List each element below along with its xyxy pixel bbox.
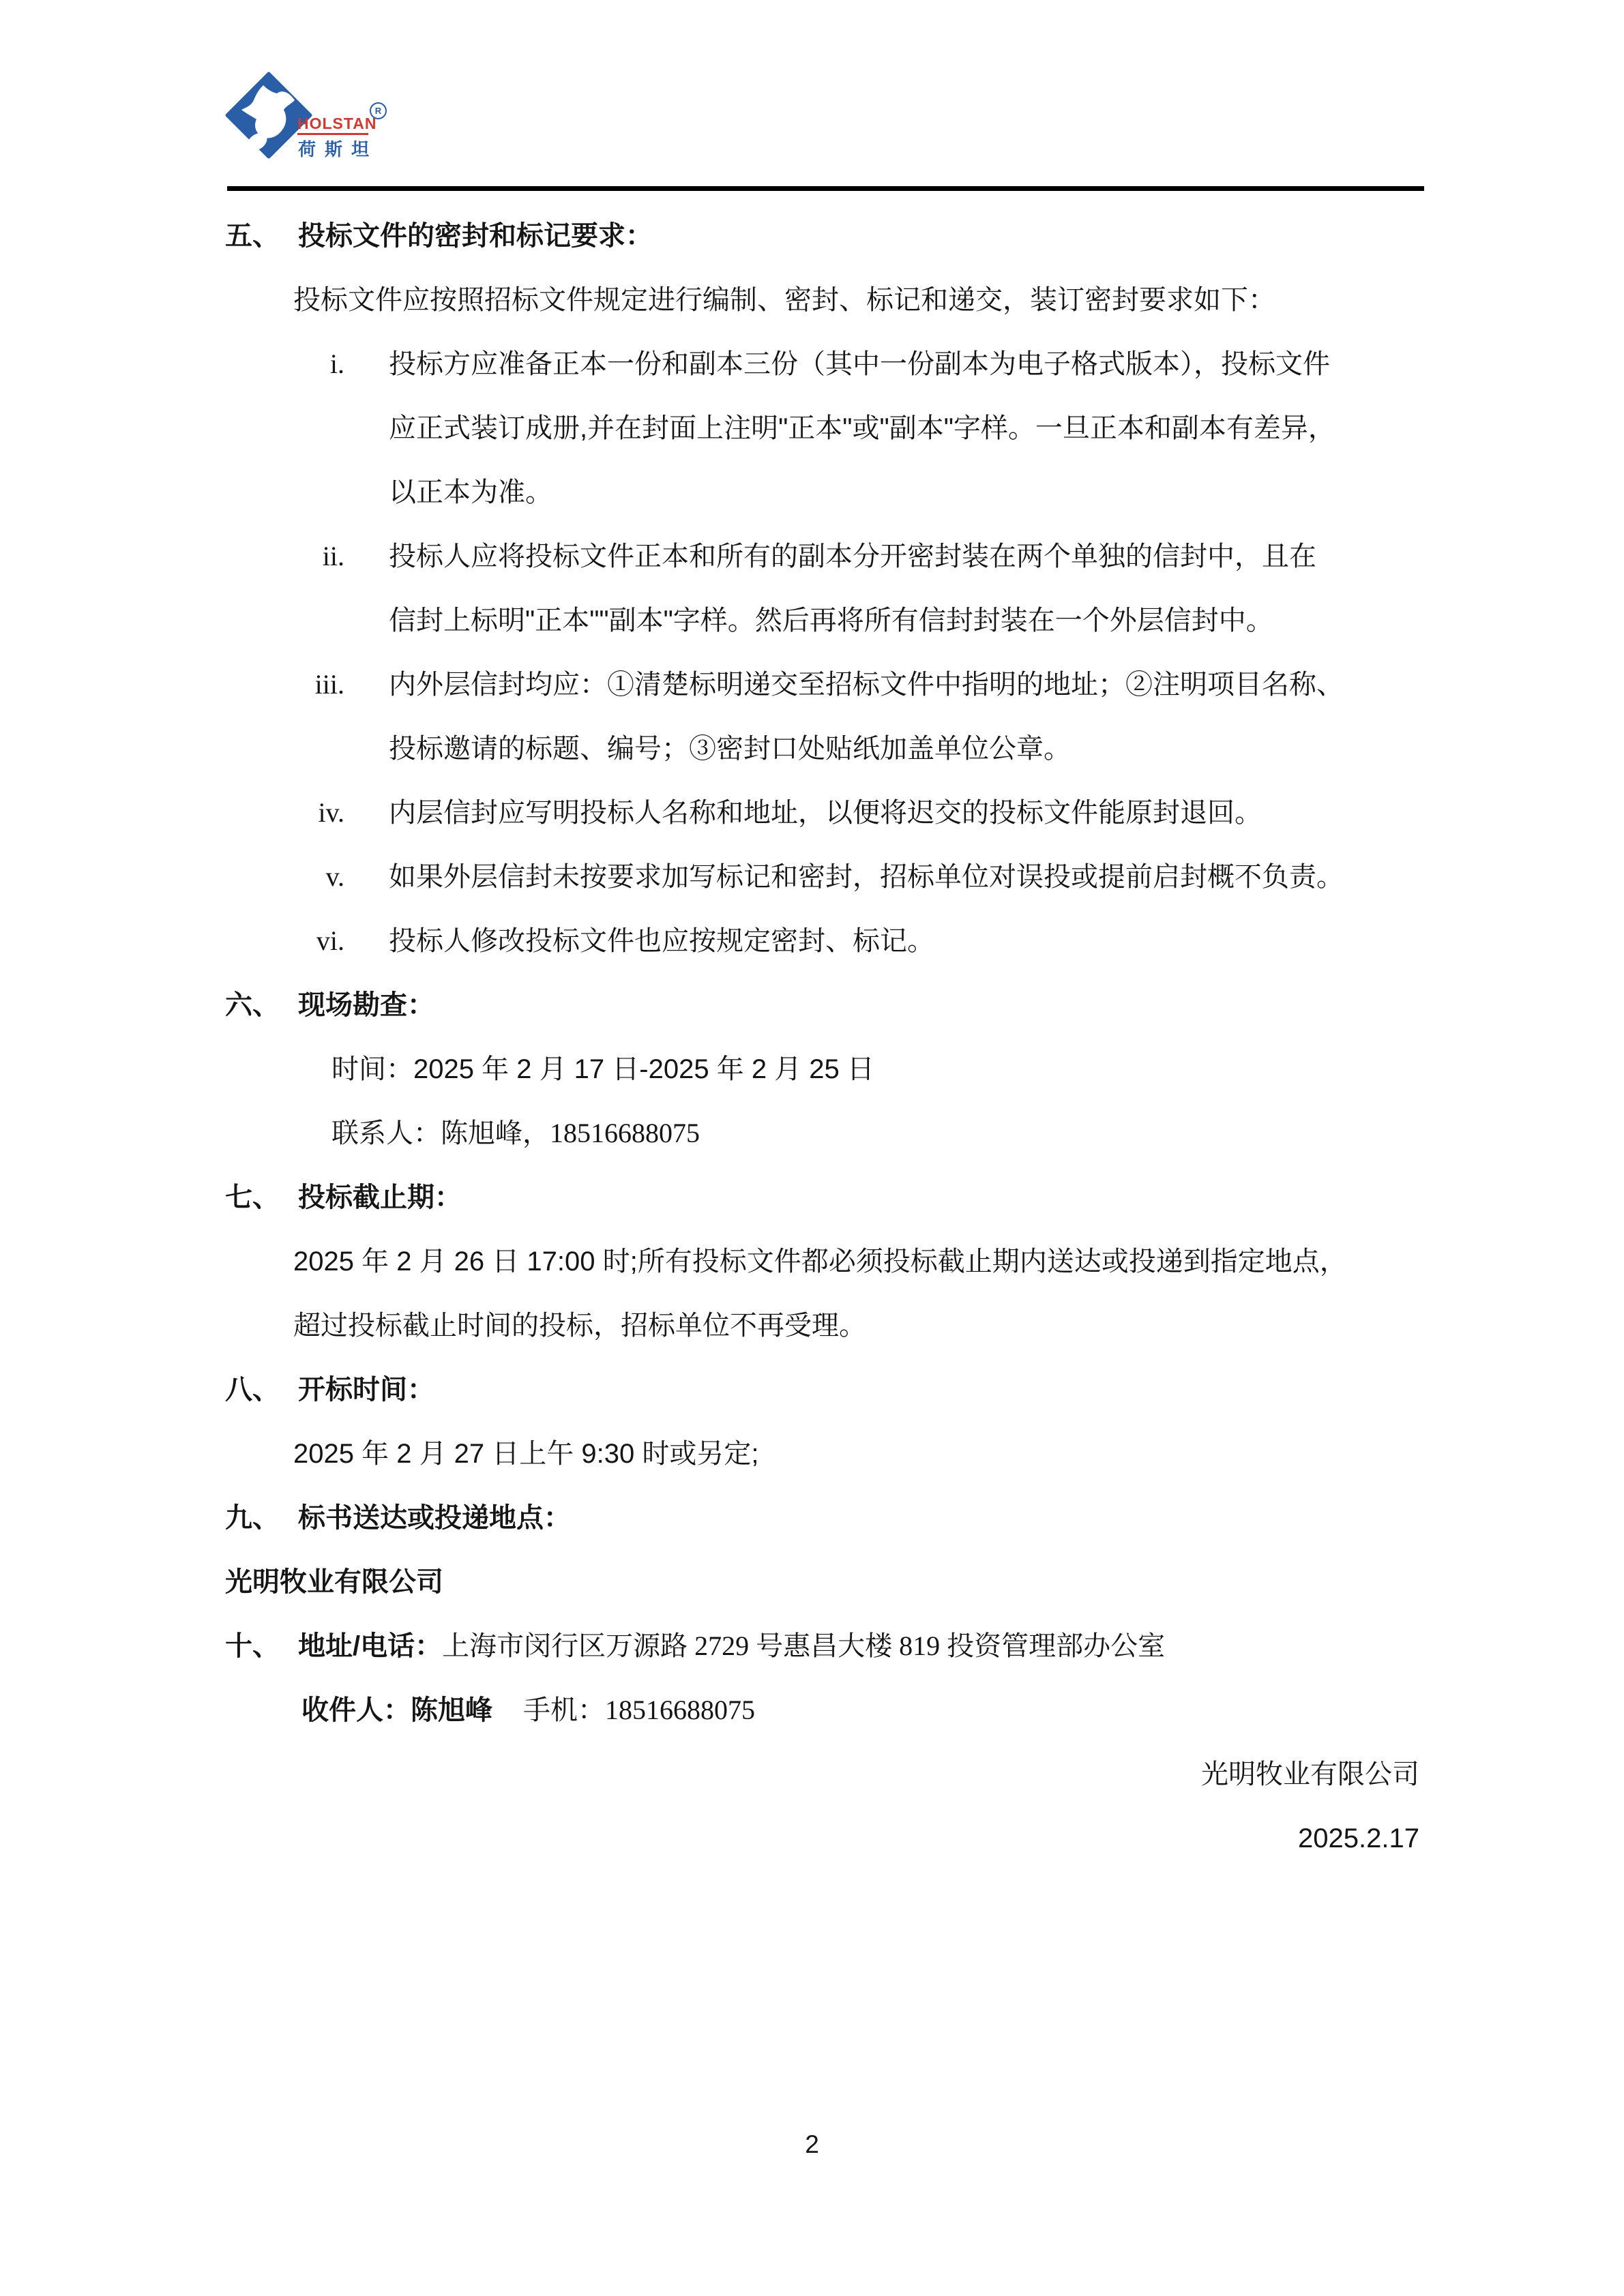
section-8-number: 八、 (225, 1358, 298, 1422)
section-6-title: 现场勘查： (298, 990, 434, 1020)
section-8-heading: 八、开标时间： (0, 1358, 1624, 1422)
list-item-text: 内层信封应写明投标人名称和地址，以便将迟交的投标文件能原封退回。 (389, 798, 1262, 828)
list-item-text: 投标人修改投标文件也应按规定密封、标记。 (389, 926, 934, 956)
section-6-number: 六、 (225, 973, 298, 1037)
section-7-heading: 七、投标截止期： (0, 1165, 1624, 1229)
list-marker: iv. (225, 781, 344, 845)
document-page: HOLSTAN 荷斯坦 R 五、投标文件的密封和标记要求： 投标文件应按照招标文… (0, 0, 1624, 2296)
phone-number: 18516688075 (605, 1695, 755, 1725)
section-7-number: 七、 (225, 1165, 298, 1229)
section-5-title: 投标文件的密封和标记要求： (298, 221, 653, 251)
list-item-i: i.投标方应准备正本一份和副本三份（其中一份副本为电子格式版本），投标文件 应正… (0, 332, 1624, 524)
list-item-text: 投标人应将投标文件正本和所有的副本分开密封装在两个单独的信封中，且在 信封上标明… (389, 541, 1316, 636)
section-6-heading: 六、现场勘查： (0, 973, 1624, 1037)
section-9-heading: 九、标书送达或投递地点： (0, 1486, 1624, 1550)
section-7-title: 投标截止期： (298, 1182, 462, 1212)
delivery-company: 光明牧业有限公司 (0, 1550, 1624, 1614)
list-marker: v. (225, 845, 344, 909)
signature-date: 2025.2.17 (0, 1806, 1624, 1870)
list-item-text: 内外层信封均应：①清楚标明递交至招标文件中指明的地址；②注明项目名称、 投标邀请… (389, 670, 1344, 764)
document-body: 五、投标文件的密封和标记要求： 投标文件应按照招标文件规定进行编制、密封、标记和… (0, 204, 1624, 1870)
section-7-paragraph: 2025 年 2 月 26 日 17:00 时;所有投标文件都必须投标截止期内送… (0, 1229, 1624, 1358)
recipient-line: 收件人：陈旭峰手机：18516688075 (0, 1678, 1624, 1742)
list-item-iv: iv.内层信封应写明投标人名称和地址，以便将迟交的投标文件能原封退回。 (0, 781, 1624, 845)
section-5-number: 五、 (225, 204, 298, 268)
page-number: 2 (0, 2113, 1624, 2177)
brand-name-cn: 荷斯坦 (298, 136, 378, 161)
section-9-number: 九、 (225, 1486, 298, 1550)
signature-company: 光明牧业有限公司 (0, 1742, 1624, 1806)
list-item-v: v.如果外层信封未按要求加写标记和密封，招标单位对误投或提前启封概不负责。 (0, 845, 1624, 909)
list-marker: vi. (225, 909, 344, 973)
brand-name: HOLSTAN (297, 115, 377, 133)
field-label: 时间： (331, 1054, 413, 1084)
section-10-address-line: 十、地址/电话：上海市闵行区万源路 2729 号惠昌大楼 819 投资管理部办公… (0, 1614, 1624, 1678)
field-value: 2025 年 2 月 17 日-2025 年 2 月 25 日 (413, 1054, 874, 1084)
field-label: 联系人： (331, 1118, 441, 1148)
list-item-vi: vi.投标人修改投标文件也应按规定密封、标记。 (0, 909, 1624, 973)
section-8-paragraph: 2025 年 2 月 27 日上午 9:30 时或另定; (0, 1422, 1624, 1486)
recipient-name: 收件人：陈旭峰 (301, 1695, 492, 1725)
list-item-text: 如果外层信封未按要求加写标记和密封，招标单位对误投或提前启封概不负责。 (389, 862, 1344, 892)
section-10-number: 十、 (225, 1614, 298, 1678)
contact-phone: 18516688075 (550, 1118, 700, 1148)
section-9-title: 标书送达或投递地点： (298, 1503, 571, 1533)
section-5-intro: 投标文件应按照招标文件规定进行编制、密封、标记和递交，装订密封要求如下： (0, 268, 1624, 332)
list-item-text: 投标方应准备正本一份和副本三份（其中一份副本为电子格式版本），投标文件 应正式装… (389, 349, 1335, 507)
list-marker: i. (225, 332, 344, 396)
registered-trademark-icon: R (370, 102, 387, 119)
address-label: 地址/电话： (298, 1631, 442, 1661)
section-5-heading: 五、投标文件的密封和标记要求： (0, 204, 1624, 268)
header-divider (227, 186, 1424, 191)
list-marker: iii. (225, 653, 344, 717)
list-marker: ii. (225, 524, 344, 588)
phone-label: 手机： (523, 1695, 605, 1725)
field-survey-contact: 联系人：陈旭峰，18516688075 (0, 1101, 1624, 1165)
contact-name: 陈旭峰， (441, 1118, 550, 1148)
field-survey-time: 时间：2025 年 2 月 17 日-2025 年 2 月 25 日 (0, 1037, 1624, 1101)
list-item-ii: ii.投标人应将投标文件正本和所有的副本分开密封装在两个单独的信封中，且在 信封… (0, 524, 1624, 653)
list-item-iii: iii.内外层信封均应：①清楚标明递交至招标文件中指明的地址；②注明项目名称、 … (0, 653, 1624, 781)
holstan-logo: HOLSTAN 荷斯坦 R (225, 68, 402, 167)
brand-underline (297, 133, 368, 135)
address-value: 上海市闵行区万源路 2729 号惠昌大楼 819 投资管理部办公室 (442, 1630, 1165, 1661)
section-8-title: 开标时间： (298, 1375, 434, 1405)
